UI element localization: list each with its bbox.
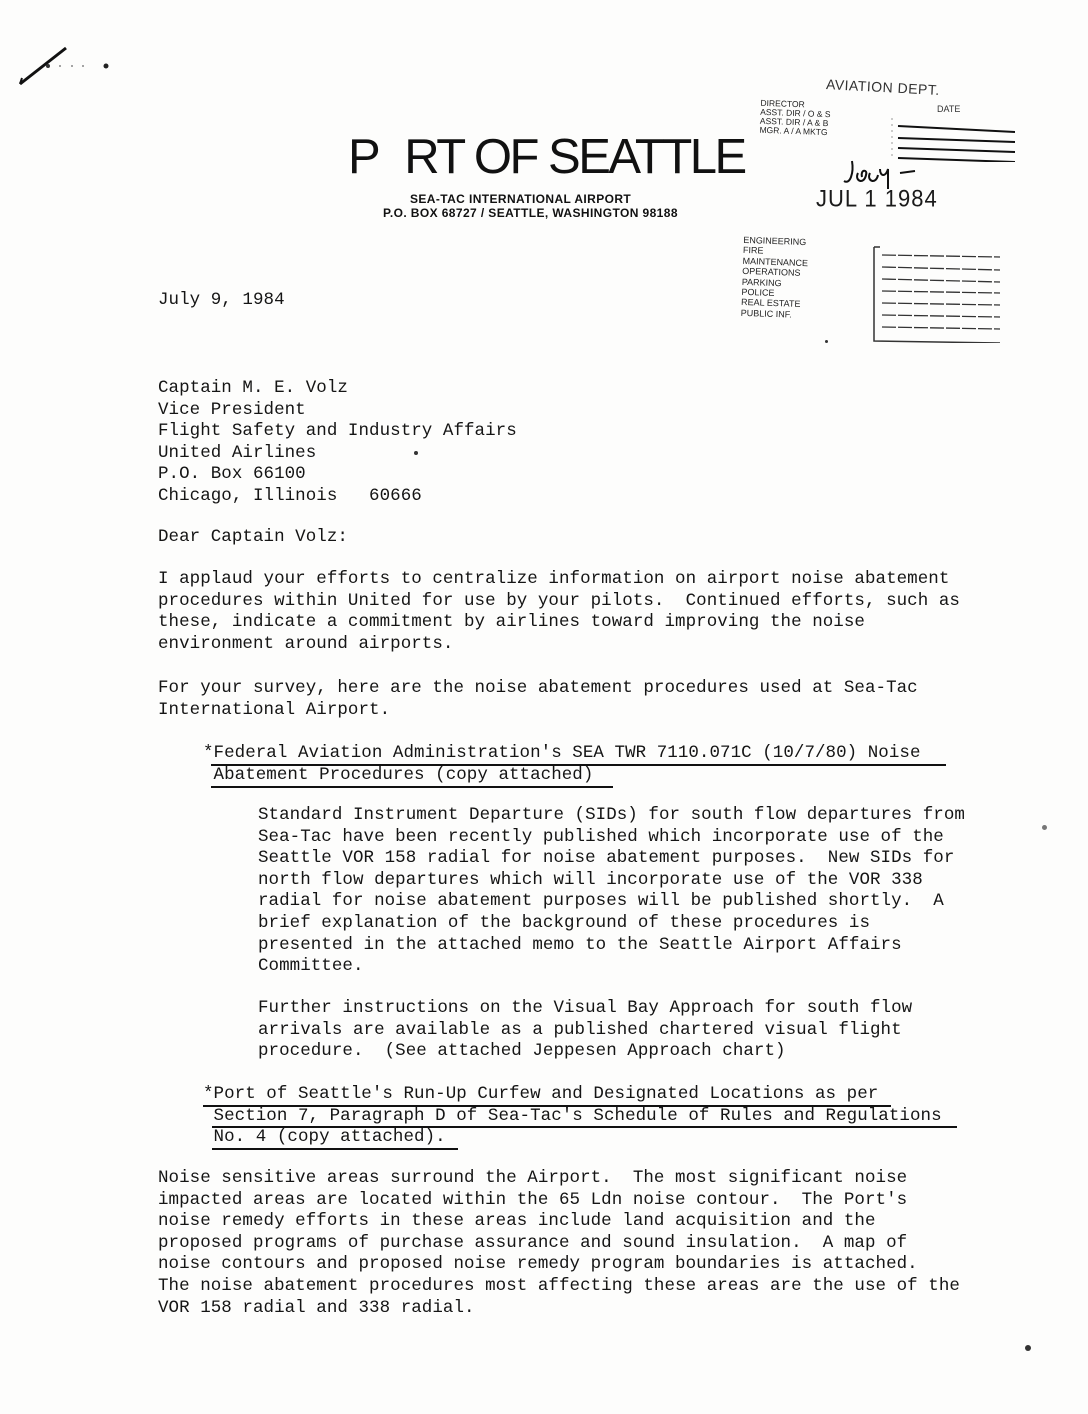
scan-speck [414,451,418,455]
stamp-departments-list: ENGINEERINGFIREMAINTENANCEOPERATIONSPARK… [741,235,809,320]
text-line: Section 7, Paragraph D of Sea-Tac's Sche… [203,1106,942,1128]
text-line: procedures within United for use by your… [158,591,960,613]
item-1-body-1: Standard Instrument Departure (SIDs) for… [258,805,965,978]
stamp-role: MGR. A / A MKTG [759,126,830,137]
recipient-line: Vice President [158,400,517,422]
underline [211,786,613,788]
recipient-line: Chicago, Illinois 60666 [158,486,517,508]
stamp-date-header: DATE [937,104,960,114]
recipient-line: Captain M. E. Volz [158,378,517,400]
stamp-smudge [825,340,828,343]
letter-date: July 9, 1984 [158,290,285,312]
item-1-body-2: Further instructions on the Visual Bay A… [258,998,912,1063]
stamp-title: AVIATION DEPT. [826,76,941,98]
recipient-line: P.O. Box 66100 [158,464,517,486]
text-line: I applaud your efforts to centralize inf… [158,569,960,591]
received-date-stamp: JUL 1 1984 [816,185,938,214]
text-line: Committee. [258,956,965,978]
text-line: proposed programs of purchase assurance … [158,1233,960,1255]
paragraph-3: Noise sensitive areas surround the Airpo… [158,1168,960,1319]
text-line: noise remedy efforts in these areas incl… [158,1211,960,1233]
check-mark-annotation-icon [18,42,118,92]
text-line: presented in the attached memo to the Se… [258,935,965,957]
text-line: impacted areas are located within the 65… [158,1190,960,1212]
text-line: International Airport. [158,700,918,722]
paragraph-1: I applaud your efforts to centralize inf… [158,569,960,655]
stamp-department-lines [870,243,1005,343]
paragraph-2: For your survey, here are the noise abat… [158,678,918,721]
port-of-seattle-logo: PRT OF SEATTLE [348,133,745,182]
text-line: Noise sensitive areas surround the Airpo… [158,1168,960,1190]
salutation: Dear Captain Volz: [158,527,348,549]
stamp-roles-list: DIRECTORASST. DIR / O & SASST. DIR / A &… [759,99,831,137]
text-line: No. 4 (copy attached). [203,1127,942,1149]
text-line: Seattle VOR 158 radial for noise abateme… [258,848,965,870]
letterhead-subtitle: SEA-TAC INTERNATIONAL AIRPORT [410,192,631,206]
text-line: procedure. (See attached Jeppesen Approa… [258,1041,912,1063]
text-line: Sea-Tac have been recently published whi… [258,827,965,849]
item-2-heading: *Port of Seattle's Run-Up Curfew and Des… [203,1084,942,1149]
text-line: Abatement Procedures (copy attached) [203,765,921,787]
scan-speck [1025,1345,1031,1351]
text-line: arrivals are available as a published ch… [258,1020,912,1042]
text-line: environment around airports. [158,634,960,656]
letterhead-address: P.O. BOX 68727 / SEATTLE, WASHINGTON 981… [383,206,678,220]
scan-speck [1042,825,1047,830]
text-line: *Port of Seattle's Run-Up Curfew and Des… [203,1084,942,1106]
recipient-line: United Airlines [158,443,517,465]
recipient-address-block: Captain M. E. VolzVice PresidentFlight S… [158,378,517,508]
underline [212,1126,957,1128]
text-line: Standard Instrument Departure (SIDs) for… [258,805,965,827]
text-line: For your survey, here are the noise abat… [158,678,918,700]
text-line: The noise abatement procedures most affe… [158,1276,960,1298]
text-line: north flow departures which will incorpo… [258,870,965,892]
underline [211,764,946,766]
recipient-line: Flight Safety and Industry Affairs [158,421,517,443]
text-line: *Federal Aviation Administration's SEA T… [203,743,921,765]
text-line: radial for noise abatement purposes will… [258,891,965,913]
underline [212,1148,458,1150]
underline [203,1105,891,1107]
text-line: Further instructions on the Visual Bay A… [258,998,912,1020]
text-line: these, indicate a commitment by airlines… [158,612,960,634]
text-line: brief explanation of the background of t… [258,913,965,935]
text-line: VOR 158 radial and 338 radial. [158,1298,960,1320]
text-line: noise contours and proposed noise remedy… [158,1254,960,1276]
